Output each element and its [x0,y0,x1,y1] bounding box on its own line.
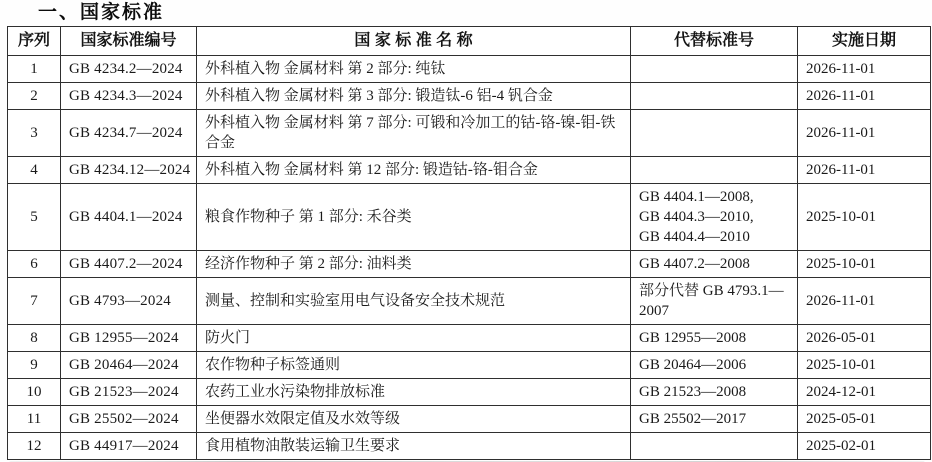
header-replaced: 代替标准号 [631,27,798,56]
standards-table: 序列 国家标准编号 国 家 标 准 名 称 代替标准号 实施日期 1GB 423… [7,26,931,460]
name-cell: 农作物种子标签通则 [197,352,631,379]
replaced-cell: 部分代替 GB 4793.1—2007 [631,278,798,325]
name-cell: 农药工业水污染物排放标准 [197,379,631,406]
seq-cell: 3 [8,110,61,157]
table-row: 6GB 4407.2—2024经济作物种子 第 2 部分: 油料类GB 4407… [8,251,931,278]
header-seq: 序列 [8,27,61,56]
seq-cell: 6 [8,251,61,278]
date-cell: 2026-11-01 [798,56,931,83]
table-header-row: 序列 国家标准编号 国 家 标 准 名 称 代替标准号 实施日期 [8,27,931,56]
name-cell: 坐便器水效限定值及水效等级 [197,406,631,433]
code-cell: GB 12955—2024 [61,325,197,352]
date-cell: 2025-05-01 [798,406,931,433]
seq-cell: 12 [8,433,61,460]
seq-cell: 7 [8,278,61,325]
replaced-cell [631,56,798,83]
name-cell: 外科植入物 金属材料 第 12 部分: 锻造钴-铬-钼合金 [197,157,631,184]
name-cell: 外科植入物 金属材料 第 2 部分: 纯钛 [197,56,631,83]
table-row: 2GB 4234.3—2024外科植入物 金属材料 第 3 部分: 锻造钛-6 … [8,83,931,110]
code-cell: GB 4793—2024 [61,278,197,325]
page-title: 一、国家标准 [38,2,932,24]
code-cell: GB 4234.3—2024 [61,83,197,110]
seq-cell: 1 [8,56,61,83]
seq-cell: 4 [8,157,61,184]
replaced-cell [631,157,798,184]
code-cell: GB 4234.2—2024 [61,56,197,83]
date-cell: 2025-10-01 [798,184,931,251]
replaced-cell: GB 21523—2008 [631,379,798,406]
name-cell: 粮食作物种子 第 1 部分: 禾谷类 [197,184,631,251]
date-cell: 2025-10-01 [798,251,931,278]
date-cell: 2026-11-01 [798,157,931,184]
table-row: 5GB 4404.1—2024粮食作物种子 第 1 部分: 禾谷类GB 4404… [8,184,931,251]
code-cell: GB 25502—2024 [61,406,197,433]
name-cell: 测量、控制和实验室用电气设备安全技术规范 [197,278,631,325]
name-cell: 防火门 [197,325,631,352]
replaced-cell [631,433,798,460]
name-cell: 经济作物种子 第 2 部分: 油料类 [197,251,631,278]
code-cell: GB 4407.2—2024 [61,251,197,278]
name-cell: 外科植入物 金属材料 第 7 部分: 可锻和冷加工的钴-铬-镍-钼-铁合金 [197,110,631,157]
replaced-cell: GB 4404.1—2008,GB 4404.3—2010,GB 4404.4—… [631,184,798,251]
table-body: 1GB 4234.2—2024外科植入物 金属材料 第 2 部分: 纯钛2026… [8,56,931,460]
document-page: 一、国家标准 序列 国家标准编号 国 家 标 准 名 称 代替标准号 实施日期 … [0,2,932,462]
table-row: 8GB 12955—2024防火门GB 12955—20082026-05-01 [8,325,931,352]
table-row: 12GB 44917—2024食用植物油散装运输卫生要求2025-02-01 [8,433,931,460]
replaced-cell: GB 12955—2008 [631,325,798,352]
replaced-cell [631,83,798,110]
replaced-cell: GB 25502—2017 [631,406,798,433]
table-row: 3GB 4234.7—2024外科植入物 金属材料 第 7 部分: 可锻和冷加工… [8,110,931,157]
replaced-cell: GB 20464—2006 [631,352,798,379]
table-row: 11GB 25502—2024坐便器水效限定值及水效等级GB 25502—201… [8,406,931,433]
table-row: 10GB 21523—2024农药工业水污染物排放标准GB 21523—2008… [8,379,931,406]
seq-cell: 8 [8,325,61,352]
table-row: 4GB 4234.12—2024外科植入物 金属材料 第 12 部分: 锻造钴-… [8,157,931,184]
table-row: 9GB 20464—2024农作物种子标签通则GB 20464—20062025… [8,352,931,379]
name-cell: 外科植入物 金属材料 第 3 部分: 锻造钛-6 铝-4 钒合金 [197,83,631,110]
code-cell: GB 4404.1—2024 [61,184,197,251]
replaced-cell: GB 4407.2—2008 [631,251,798,278]
date-cell: 2024-12-01 [798,379,931,406]
code-cell: GB 21523—2024 [61,379,197,406]
date-cell: 2026-11-01 [798,83,931,110]
date-cell: 2025-10-01 [798,352,931,379]
header-code: 国家标准编号 [61,27,197,56]
date-cell: 2026-05-01 [798,325,931,352]
date-cell: 2026-11-01 [798,110,931,157]
seq-cell: 5 [8,184,61,251]
seq-cell: 10 [8,379,61,406]
seq-cell: 11 [8,406,61,433]
date-cell: 2026-11-01 [798,278,931,325]
header-date: 实施日期 [798,27,931,56]
seq-cell: 2 [8,83,61,110]
table-row: 7GB 4793—2024测量、控制和实验室用电气设备安全技术规范部分代替 GB… [8,278,931,325]
seq-cell: 9 [8,352,61,379]
header-name: 国 家 标 准 名 称 [197,27,631,56]
date-cell: 2025-02-01 [798,433,931,460]
replaced-cell [631,110,798,157]
code-cell: GB 20464—2024 [61,352,197,379]
name-cell: 食用植物油散装运输卫生要求 [197,433,631,460]
code-cell: GB 4234.12—2024 [61,157,197,184]
code-cell: GB 4234.7—2024 [61,110,197,157]
table-row: 1GB 4234.2—2024外科植入物 金属材料 第 2 部分: 纯钛2026… [8,56,931,83]
code-cell: GB 44917—2024 [61,433,197,460]
